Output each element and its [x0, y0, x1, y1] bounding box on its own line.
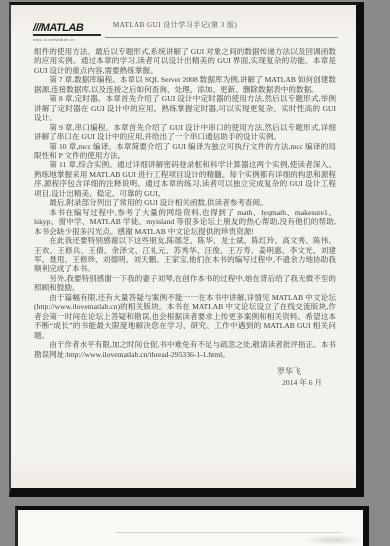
paragraph: 第 11 章,综合实例。通过详细讲解密码登录框和科学计算器这两个实例,使读者深入… — [34, 160, 336, 198]
book-page-preface: ///MATLAB www.iLoveMatlab.cn MATLAB GUI … — [9, 2, 364, 497]
showthrough-smudge — [303, 535, 363, 545]
paragraph: 第 10 章,mcc 编译。本章简要介绍了 GUI 编译为独立可执行文件的方法,… — [34, 142, 336, 161]
showthrough-rule — [116, 532, 341, 533]
paragraph: 第 8 章,定时器。本章首先介绍了 GUI 设计中定时器的使用方法,然后以专题形… — [34, 94, 336, 122]
signature-date: 2014 年 6 月 — [11, 377, 356, 388]
paragraph: 由于篇幅有限,还有大量答疑与案例不能一一在本书中讲解,详情见 MATLAB 中文… — [34, 293, 336, 340]
paragraph: 第 9 章,串口编程。本章首先介绍了 GUI 设计中串口的使用方法,然后以专题形… — [34, 123, 336, 142]
paragraph: 组件的使用方法。最后以专题形式,系统讲解了 GUI 对象之间的数据传递方法以及回… — [34, 47, 336, 75]
page-header: ///MATLAB www.iLoveMatlab.cn MATLAB GUI … — [33, 14, 338, 42]
running-head-rule: MATLAB GUI 设计学习手记(第 3 版) — [105, 14, 338, 38]
author-signature: 罗华飞 — [11, 366, 356, 377]
paragraph: 由于作者水平有限,加之时间仓促,书中难免有不足与疏忽之处,敬请读者批评指正。本书… — [34, 340, 336, 359]
logo-underline — [33, 34, 101, 36]
next-page-partial — [15, 506, 369, 546]
logo-tagline: www.iLoveMatlab.cn — [33, 37, 105, 42]
paragraph: 本书在编写过程中,参考了大量的网络资料,也得到了 math、lyqmath、ma… — [34, 208, 336, 236]
matlab-forum-logo: ///MATLAB www.iLoveMatlab.cn — [33, 23, 105, 42]
paragraph: 另外,我要特别感谢一下我的妻子刘琴,在创作本书的过程中,她在背后给了我无微不至的… — [34, 274, 336, 293]
signature-block: 罗华飞 2014 年 6 月 — [11, 366, 356, 388]
paragraph: 在此我还要特别感谢以下这些朋友,陈德芝、陈华、龙士斌、陈红玲、高文秀、陈伟、王欢… — [34, 236, 336, 274]
logo-text: MATLAB — [41, 22, 84, 34]
paragraph: 最后,附录部分列出了常用的 GUI 设计相关函数,供读者参考查阅。 — [34, 198, 336, 207]
paragraph: 第 7 章,数据库编程。本章以 SQL Server 2008 数据库为例,讲解… — [34, 75, 336, 94]
running-head-title: MATLAB GUI 设计学习手记(第 3 版) — [113, 21, 237, 29]
logo-wordmark: ///MATLAB — [33, 23, 105, 34]
scan-viewer: ///MATLAB www.iLoveMatlab.cn MATLAB GUI … — [0, 0, 390, 546]
preface-body: 组件的使用方法。最后以专题形式,系统讲解了 GUI 对象之间的数据传递方法以及回… — [34, 47, 336, 359]
logo-slashes-icon: /// — [33, 22, 41, 34]
